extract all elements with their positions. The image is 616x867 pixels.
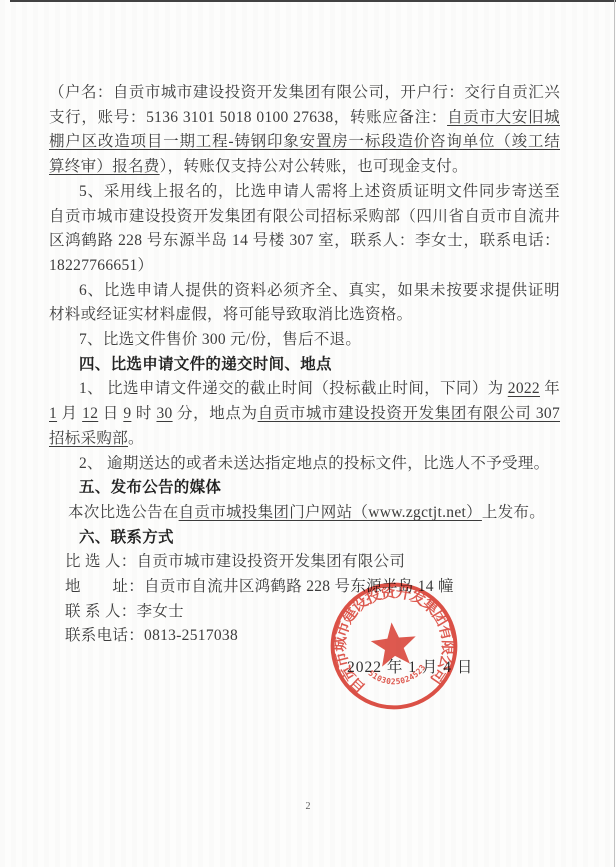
contact-row-bidder: 比 选 人：自贡市城市建设投资开发集团有限公司: [65, 550, 560, 575]
company-seal: 自贡市城市建设投资开发集团有限公司 5103025024523: [320, 573, 467, 718]
deadline-minute: 30: [156, 405, 172, 422]
paragraph-deadline: 1、 比选申请文件递交的截止时间（投标截止时间，下同）为 2022 年 1 月 …: [49, 377, 560, 451]
document-body: （户名：自贡市城市建设投资开发集团有限公司，开户行：交行自贡汇兴支行，账号：51…: [49, 81, 560, 649]
paragraph-item-2: 2、 逾期送达的或者未送达指定地点的投标文件，比选人不予受理。: [49, 452, 560, 477]
section-5-heading: 五、发布公告的媒体: [49, 476, 560, 501]
deadline-text: 1、 比选申请文件递交的截止时间（投标截止时间，下同）为: [79, 380, 508, 397]
deadline-sep-day: 日: [98, 405, 123, 422]
contact-label: 联系电话：: [65, 627, 144, 644]
contact-row-person: 联 系 人：李女士: [65, 600, 560, 625]
contact-row-phone: 联系电话：0813-2517038: [65, 624, 560, 649]
page-number: 2: [0, 801, 616, 812]
payment-account-tail: ），转账仅支持公对公转账，也可现金支付。: [160, 158, 468, 175]
contact-label: 联 系 人：: [65, 603, 137, 620]
deadline-tail: 。: [128, 430, 144, 447]
paragraph-item-5: 5、采用线上报名的，比选申请人需将上述资质证明文件同步寄送至自贡市城市建设投资开…: [49, 180, 560, 279]
deadline-month: 1: [49, 405, 57, 422]
seal-star-icon: [369, 620, 418, 667]
deadline-sep-hour: 时: [131, 405, 156, 422]
contact-value: 自贡市城市建设投资开发集团有限公司: [137, 553, 406, 570]
seal-graphic: 自贡市城市建设投资开发集团有限公司 5103025024523: [320, 573, 467, 718]
scan-artifact-right-edge: [614, 0, 615, 867]
media-tail: 上发布。: [482, 504, 545, 521]
contact-value: 0813-2517038: [144, 627, 238, 644]
paragraph-payment-account: （户名：自贡市城市建设投资开发集团有限公司，开户行：交行自贡汇兴支行，账号：51…: [49, 81, 560, 180]
media-text: 本次比选公告在: [68, 504, 179, 521]
paragraph-item-7: 7、比选文件售价 300 元/份，售后不退。: [49, 328, 560, 353]
deadline-year: 2022: [508, 380, 540, 397]
scan-artifact-top-edge: [10, 0, 616, 2]
deadline-day: 12: [82, 405, 98, 422]
contact-list: 比 选 人：自贡市城市建设投资开发集团有限公司 地 址：自贡市自流井区鸿鹤路 2…: [65, 550, 560, 649]
contact-value: 李女士: [137, 603, 184, 620]
contact-row-address: 地 址：自贡市自流井区鸿鹤路 228 号东源半岛 14 幢: [65, 575, 560, 600]
scanned-document-page: （户名：自贡市城市建设投资开发集团有限公司，开户行：交行自贡汇兴支行，账号：51…: [0, 0, 616, 867]
deadline-sep-year: 年: [540, 380, 560, 397]
paragraph-media: 本次比选公告在自贡市城投集团门户网站（www.zgctjt.net）上发布。: [49, 501, 560, 526]
deadline-sep-minute: 分，地点为: [173, 405, 258, 422]
section-6-heading: 六、联系方式: [49, 526, 560, 551]
contact-label: 比 选 人：: [65, 553, 137, 570]
paragraph-item-6: 6、比选申请人提供的资料必须齐全、真实，如果未按要求提供证明材料或经证实材料虚假…: [49, 279, 560, 328]
contact-label: 地 址：: [65, 578, 144, 595]
media-website-underlined: 自贡市城投集团门户网站（www.zgctjt.net）: [179, 504, 482, 521]
deadline-sep-month: 月: [57, 405, 82, 422]
section-4-heading: 四、比选申请文件的递交时间、地点: [49, 353, 560, 378]
seal-registration-number: 5103025024523: [366, 662, 429, 689]
